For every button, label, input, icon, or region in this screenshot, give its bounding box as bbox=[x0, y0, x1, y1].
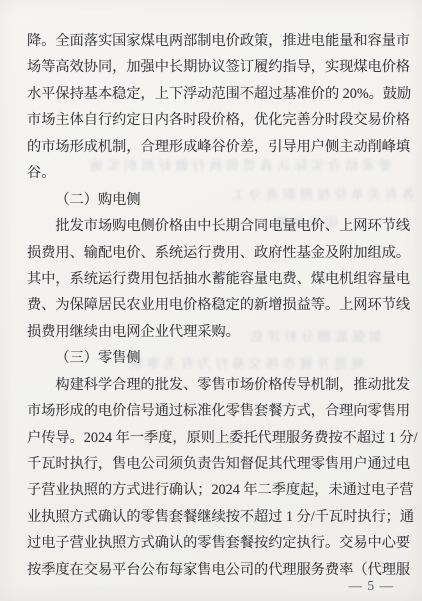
text-line: 批发市场购电侧价格由中长期合同电量电价、上网环节线 bbox=[27, 213, 397, 239]
section-heading-retail-side: （三）零售侧 bbox=[27, 345, 397, 371]
text-line: 谷。 bbox=[27, 160, 397, 186]
text-line: 过电子营业执照方式确认的零售套餐按约定执行。交易中心要 bbox=[27, 530, 397, 556]
text-line: 水平保持基本稳定，上下浮动范围不超过基准价的 20%。鼓励 bbox=[27, 81, 397, 107]
text-line: 损费用继续由电网企业代理采购。 bbox=[27, 319, 397, 345]
scanned-document-page: 要求结合实际认真贯彻执行做好组织实施 各有关单位按照职责分工 印发实施 加强监测… bbox=[0, 0, 422, 601]
text-line: 损费用、输配电价、系统运行费用、政府性基金及附加组成。 bbox=[27, 240, 397, 266]
text-line: 千瓦时执行，售电公司须负责告知督促其代理零售用户通过电 bbox=[27, 451, 397, 477]
text-line: 按季度在交易平台公布每家售电公司的代理服务费率（代理服 bbox=[27, 557, 397, 583]
document-body: 降。全面落实国家煤电两部制电价政策，推进电能量和容量市 场等高效协同，加强中长期… bbox=[27, 28, 397, 583]
text-line: 其中，系统运行费用包括抽水蓄能容量电费、煤电机组容量电 bbox=[27, 266, 397, 292]
text-line: 降。全面落实国家煤电两部制电价政策，推进电能量和容量市 bbox=[27, 28, 397, 54]
page-number: — 5 — bbox=[349, 578, 395, 594]
text-line: 子营业执照的方式进行确认；2024 年二季度起，未通过电子营 bbox=[27, 477, 397, 503]
text-line: 市场主体自行约定日内各时段价格，优化完善分时段交易价格 bbox=[27, 107, 397, 133]
text-line: 市场形成的电价信号通过标准化零售套餐方式，合理向零售用 bbox=[27, 398, 397, 424]
section-heading-purchase-side: （二）购电侧 bbox=[27, 187, 397, 213]
text-line: 构建科学合理的批发、零售市场价格传导机制，推动批发 bbox=[27, 372, 397, 398]
text-line: 的市场形成机制，合理形成峰谷价差，引导用户侧主动削峰填 bbox=[27, 134, 397, 160]
text-line: 业执照方式确认的零售套餐继续按不超过 1 分/千瓦时执行；通 bbox=[27, 504, 397, 530]
text-line: 户传导。2024 年一季度，原则上委托代理服务费按不超过 1 分/ bbox=[27, 425, 397, 451]
text-line: 费、为保障居民农业用电价格稳定的新增损益等。上网环节线 bbox=[27, 292, 397, 318]
text-line: 场等高效协同，加强中长期协议签订履约指导，实现煤电价格 bbox=[27, 54, 397, 80]
